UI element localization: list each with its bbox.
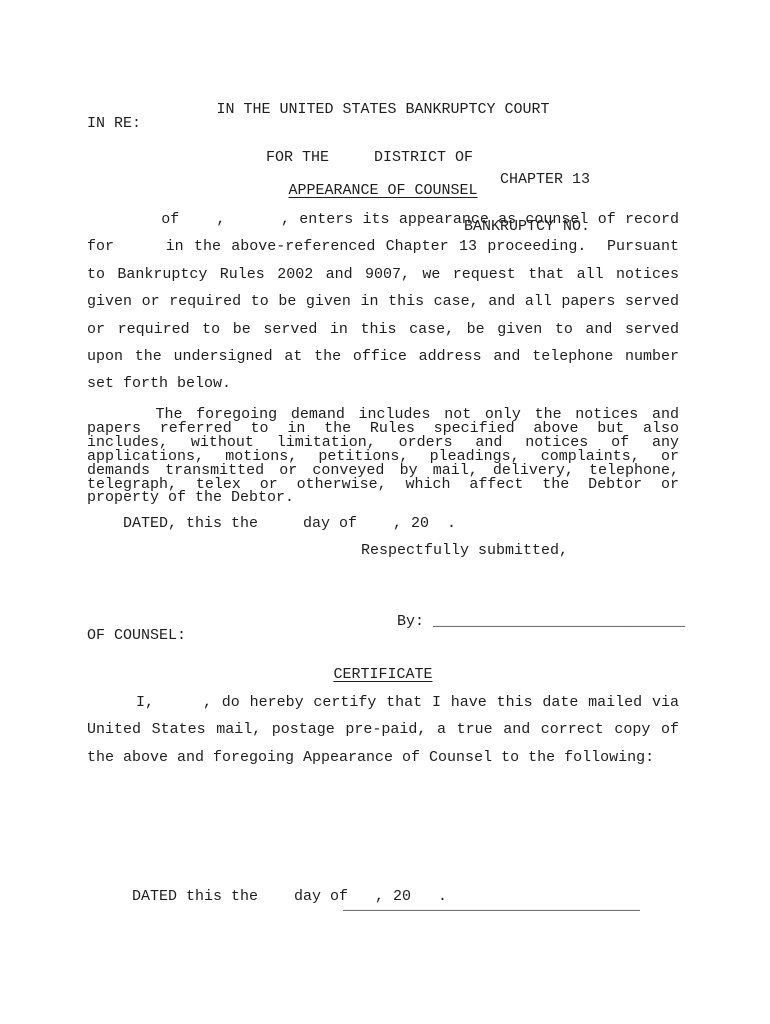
document-title: APPEARANCE OF COUNSEL xyxy=(87,183,679,199)
certificate-title: CERTIFICATE xyxy=(87,667,679,683)
document-title-text: APPEARANCE OF COUNSEL xyxy=(288,182,477,199)
certificate-signature-blank[interactable]: _________________________________ xyxy=(343,898,640,913)
demand-paragraph: The foregoing demand includes not only t… xyxy=(87,408,679,505)
in-re-label: IN RE: xyxy=(87,116,679,132)
document-page: IN THE UNITED STATES BANKRUPTCY COURT FO… xyxy=(0,0,770,1024)
certificate-title-text: CERTIFICATE xyxy=(333,666,432,683)
certificate-paragraph: I, , do hereby certify that I have this … xyxy=(87,689,679,771)
appearance-paragraph: of , , enters its appearance as counsel … xyxy=(87,206,679,398)
of-counsel-label: OF COUNSEL: xyxy=(87,622,679,649)
respectfully-submitted-label: Respectfully submitted, xyxy=(361,537,568,564)
dated-line: DATED, this the day of , 20 . xyxy=(87,510,679,537)
